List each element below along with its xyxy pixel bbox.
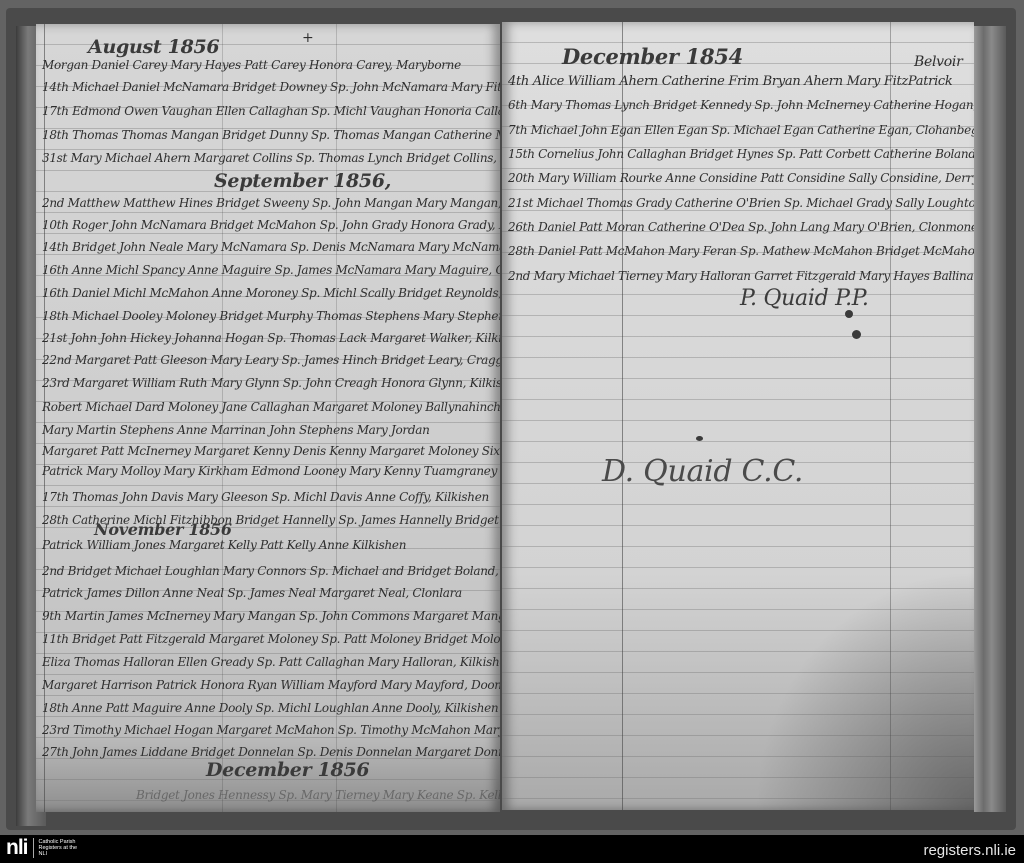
register-entry: Margaret Harrison Patrick Honora Ryan Wi…	[42, 678, 500, 692]
column-rule	[890, 22, 891, 810]
column-rule	[222, 24, 223, 812]
register-entry: 26th Daniel Patt Moran Catherine O'Dea S…	[508, 220, 974, 234]
month-heading-december: December 1856	[206, 759, 369, 781]
register-entry: 16th Anne Michl Spancy Anne Maguire Sp. …	[42, 263, 500, 277]
register-entry: 6th Mary Thomas Lynch Bridget Kennedy Sp…	[508, 98, 974, 112]
ink-blot	[845, 310, 853, 318]
corner-note: Belvoir	[914, 54, 962, 70]
register-entry: 28th Daniel Patt McMahon Mary Feran Sp. …	[508, 244, 974, 258]
register-entry: 23rd Timothy Michael Hogan Margaret McMa…	[42, 723, 500, 737]
logo-caption: Catholic Parish Registers at the NLI	[39, 839, 79, 857]
register-entry: 17th Thomas John Davis Mary Gleeson Sp. …	[42, 490, 489, 504]
footer-bar	[0, 835, 1024, 863]
register-entry: 2nd Mary Michael Tierney Mary Halloran G…	[508, 269, 974, 283]
register-entry: Mary Martin Stephens Anne Marrinan John …	[42, 423, 430, 437]
register-entry: 18th Thomas Thomas Mangan Bridget Dunny …	[42, 128, 500, 142]
register-entry: 18th Michael Dooley Moloney Bridget Murp…	[42, 309, 500, 323]
register-entry: 21st Michael Thomas Grady Catherine O'Br…	[508, 196, 974, 210]
image-viewer[interactable]: August 1856 + Morgan Daniel Carey Mary H…	[0, 0, 1024, 835]
register-entry: Robert Michael Dard Moloney Jane Callagh…	[42, 400, 500, 414]
ink-blot	[852, 330, 861, 339]
register-entry: 14th Michael Daniel McNamara Bridget Dow…	[42, 80, 500, 94]
register-entry: Morgan Daniel Carey Mary Hayes Patt Care…	[42, 58, 461, 72]
register-entry: 21st John John Hickey Johanna Hogan Sp. …	[42, 331, 500, 345]
register-entry: 14th Bridget John Neale Mary McNamara Sp…	[42, 240, 500, 254]
cross-mark: +	[302, 30, 313, 46]
month-heading-august: August 1856	[88, 36, 219, 58]
register-entry: Eliza Thomas Halloran Ellen Gready Sp. P…	[42, 655, 500, 669]
register-entry: 16th Daniel Michl McMahon Anne Moroney S…	[42, 286, 500, 300]
ink-blot	[696, 436, 703, 441]
register-entry: 11th Bridget Patt Fitzgerald Margaret Mo…	[42, 632, 500, 646]
register-entry: 20th Mary William Rourke Anne Considine …	[508, 171, 974, 185]
register-entry: 7th Michael John Egan Ellen Egan Sp. Mic…	[508, 123, 974, 137]
register-entry: 2nd Bridget Michael Loughlan Mary Connor…	[42, 564, 500, 578]
register-entry: 15th Cornelius John Callaghan Bridget Hy…	[508, 147, 974, 161]
month-heading-september: September 1856,	[214, 170, 391, 192]
register-entry: Patrick Mary Molloy Mary Kirkham Edmond …	[42, 464, 497, 478]
page-edges	[974, 26, 1006, 812]
month-heading-november: November 1856	[94, 520, 232, 539]
margin-rule	[622, 22, 623, 810]
faded-entry: Bridget Jones Hennessy Sp. Mary Tierney …	[136, 788, 500, 802]
priest-signature: P. Quaid P.P.	[740, 286, 869, 311]
right-page: December 1854 Belvoir 4th Alice William …	[502, 22, 974, 810]
ruled-lines	[36, 24, 500, 812]
register-entry: 17th Edmond Owen Vaughan Ellen Callaghan…	[42, 104, 500, 118]
register-entry: 23rd Margaret William Ruth Mary Glynn Sp…	[42, 376, 500, 390]
month-heading-december: December 1854	[562, 44, 743, 69]
closing-signature: D. Quaid C.C.	[602, 454, 803, 489]
nli-logo[interactable]: nli Catholic Parish Registers at the NLI	[6, 838, 79, 858]
left-page: August 1856 + Morgan Daniel Carey Mary H…	[36, 24, 500, 812]
register-entry: 27th John James Liddane Bridget Donnelan…	[42, 745, 500, 759]
register-entry: 18th Anne Patt Maguire Anne Dooly Sp. Mi…	[42, 701, 498, 715]
register-entry: 9th Martin James McInerney Mary Mangan S…	[42, 609, 500, 623]
register-entry: 2nd Matthew Matthew Hines Bridget Sweeny…	[42, 196, 500, 210]
margin-rule	[44, 24, 45, 812]
register-entry: 22nd Margaret Patt Gleeson Mary Leary Sp…	[42, 353, 500, 367]
register-entry: 10th Roger John McNamara Bridget McMahon…	[42, 218, 500, 232]
column-rule	[336, 24, 337, 812]
ruled-lines	[502, 22, 974, 810]
register-entry: 4th Alice William Ahern Catherine Frim B…	[508, 74, 952, 89]
register-entry: Patrick William Jones Margaret Kelly Pat…	[42, 538, 406, 552]
site-url-link[interactable]: registers.nli.ie	[923, 842, 1016, 859]
register-entry: Margaret Patt McInerney Margaret Kenny D…	[42, 444, 500, 458]
logo-divider	[33, 838, 34, 858]
register-entry: 31st Mary Michael Ahern Margaret Collins…	[42, 151, 500, 165]
register-entry: Patrick James Dillon Anne Neal Sp. James…	[42, 586, 462, 600]
nli-logo-mark: nli	[6, 838, 28, 858]
